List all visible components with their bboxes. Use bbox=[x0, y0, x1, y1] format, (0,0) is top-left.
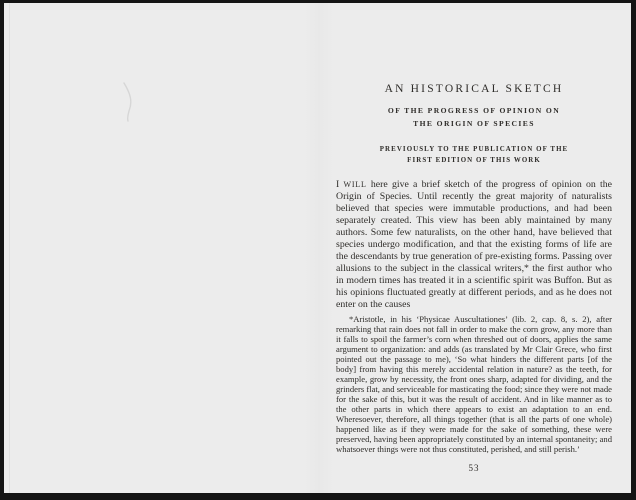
chapter-subtitle-line1: OF THE PROGRESS OF OPINION ON bbox=[336, 104, 612, 117]
footnote-paragraph: *Aristotle, in his ‘Physicae Auscultatio… bbox=[336, 314, 612, 454]
chapter-subtitle-line2: THE ORIGIN OF SPECIES bbox=[336, 117, 612, 130]
page-edge-line bbox=[9, 3, 10, 493]
body-lead-smallcaps: WILL bbox=[343, 180, 366, 189]
edition-note-line2: FIRST EDITION OF THIS WORK bbox=[336, 155, 612, 166]
edition-note: PREVIOUSLY TO THE PUBLICATION OF THE FIR… bbox=[336, 144, 612, 166]
body-paragraph: I WILL here give a brief sketch of the p… bbox=[336, 179, 612, 311]
body-lead-word: I bbox=[336, 179, 339, 190]
right-page-text-column: AN HISTORICAL SKETCH OF THE PROGRESS OF … bbox=[336, 75, 612, 473]
scanned-book-photo: AN HISTORICAL SKETCH OF THE PROGRESS OF … bbox=[0, 0, 636, 500]
page-number: 53 bbox=[336, 463, 612, 473]
chapter-subtitle: OF THE PROGRESS OF OPINION ON THE ORIGIN… bbox=[336, 104, 612, 130]
body-text: here give a brief sketch of the progress… bbox=[336, 179, 612, 310]
edition-note-line1: PREVIOUSLY TO THE PUBLICATION OF THE bbox=[336, 144, 612, 155]
scratch-mark bbox=[118, 81, 142, 123]
book-page-spread: AN HISTORICAL SKETCH OF THE PROGRESS OF … bbox=[4, 3, 631, 493]
page-gutter-shade bbox=[304, 3, 334, 493]
chapter-title: AN HISTORICAL SKETCH bbox=[336, 83, 612, 95]
